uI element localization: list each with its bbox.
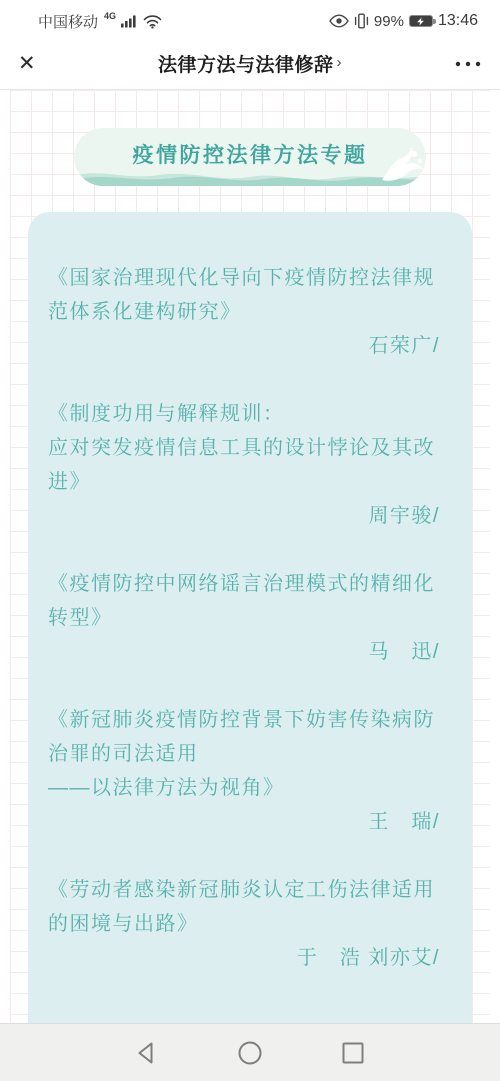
- wifi-icon: [143, 14, 162, 29]
- clock-label: 13:46: [438, 12, 478, 30]
- battery-charging-icon: [409, 15, 433, 27]
- article-author: 周宇骏/: [48, 499, 440, 533]
- topic-banner: 疫情防控法律方法专题: [74, 128, 426, 186]
- article-author: 马 迅/: [48, 635, 440, 669]
- article-item: 《疫情防控中网络谣言治理模式的精细化 转型》 马 迅/: [48, 567, 440, 669]
- page-title-text: 法律方法与法律修辞: [158, 50, 334, 77]
- article-author: 石荣广/: [48, 329, 440, 363]
- article-title: 《新冠肺炎疫情防控背景下妨害传染病防 治罪的司法适用 ——以法律方法为视角》: [48, 703, 440, 805]
- article-item: 《国家治理现代化导向下疫情防控法律规 范体系化建构研究》 石荣广/: [48, 261, 440, 363]
- home-button[interactable]: [237, 1040, 263, 1066]
- article-author: 于 浩 刘亦艾/: [48, 941, 440, 975]
- article-title: 《国家治理现代化导向下疫情防控法律规 范体系化建构研究》: [48, 261, 440, 329]
- article-item: 《制度功用与解释规训： 应对突发疫情信息工具的设计悖论及其改 进》 周宇骏/: [48, 397, 440, 533]
- back-button[interactable]: [134, 1040, 160, 1066]
- article-title: 《劳动者感染新冠肺炎认定工伤法律适用 的困境与出路》: [48, 873, 440, 941]
- recents-button[interactable]: [340, 1040, 366, 1066]
- chevron-right-icon: ›: [337, 54, 343, 71]
- signal-bars-icon: [121, 14, 138, 28]
- battery-percent-label: 99%: [374, 13, 404, 30]
- page-title[interactable]: 法律方法与法律修辞›: [158, 50, 342, 77]
- article-item: 《劳动者感染新冠肺炎认定工伤法律适用 的困境与出路》 于 浩 刘亦艾/: [48, 873, 440, 975]
- grid-background: 疫情防控法律方法专题 《国家治理现代化导向下疫情防控法律规 范体系化建构研究》 …: [10, 90, 490, 1023]
- article-title: 《疫情防控中网络谣言治理模式的精细化 转型》: [48, 567, 440, 635]
- close-icon[interactable]: ✕: [18, 53, 36, 74]
- topic-banner-title: 疫情防控法律方法专题: [133, 139, 368, 169]
- article-author: 王 瑞/: [48, 805, 440, 839]
- more-menu-icon[interactable]: [454, 55, 482, 72]
- article-item: 《新冠肺炎疫情防控背景下妨害传染病防 治罪的司法适用 ——以法律方法为视角》 王…: [48, 703, 440, 839]
- status-bar: 中国移动4G: [0, 0, 500, 38]
- article-title: 《制度功用与解释规训： 应对突发疫情信息工具的设计悖论及其改 进》: [48, 397, 440, 499]
- article-list-card: 《国家治理现代化导向下疫情防控法律规 范体系化建构研究》 石荣广/ 《制度功用与…: [28, 212, 472, 1023]
- splash-decoration: [376, 142, 424, 184]
- nav-bar: ✕ 法律方法与法律修辞›: [0, 38, 500, 90]
- eye-comfort-icon: [329, 14, 349, 28]
- android-nav-bar: [0, 1023, 500, 1081]
- article-body: 疫情防控法律方法专题 《国家治理现代化导向下疫情防控法律规 范体系化建构研究》 …: [0, 90, 500, 1023]
- vibrate-mode-icon: [354, 13, 369, 29]
- carrier-label: 中国移动: [38, 11, 98, 32]
- network-4g-badge: 4G: [104, 11, 116, 21]
